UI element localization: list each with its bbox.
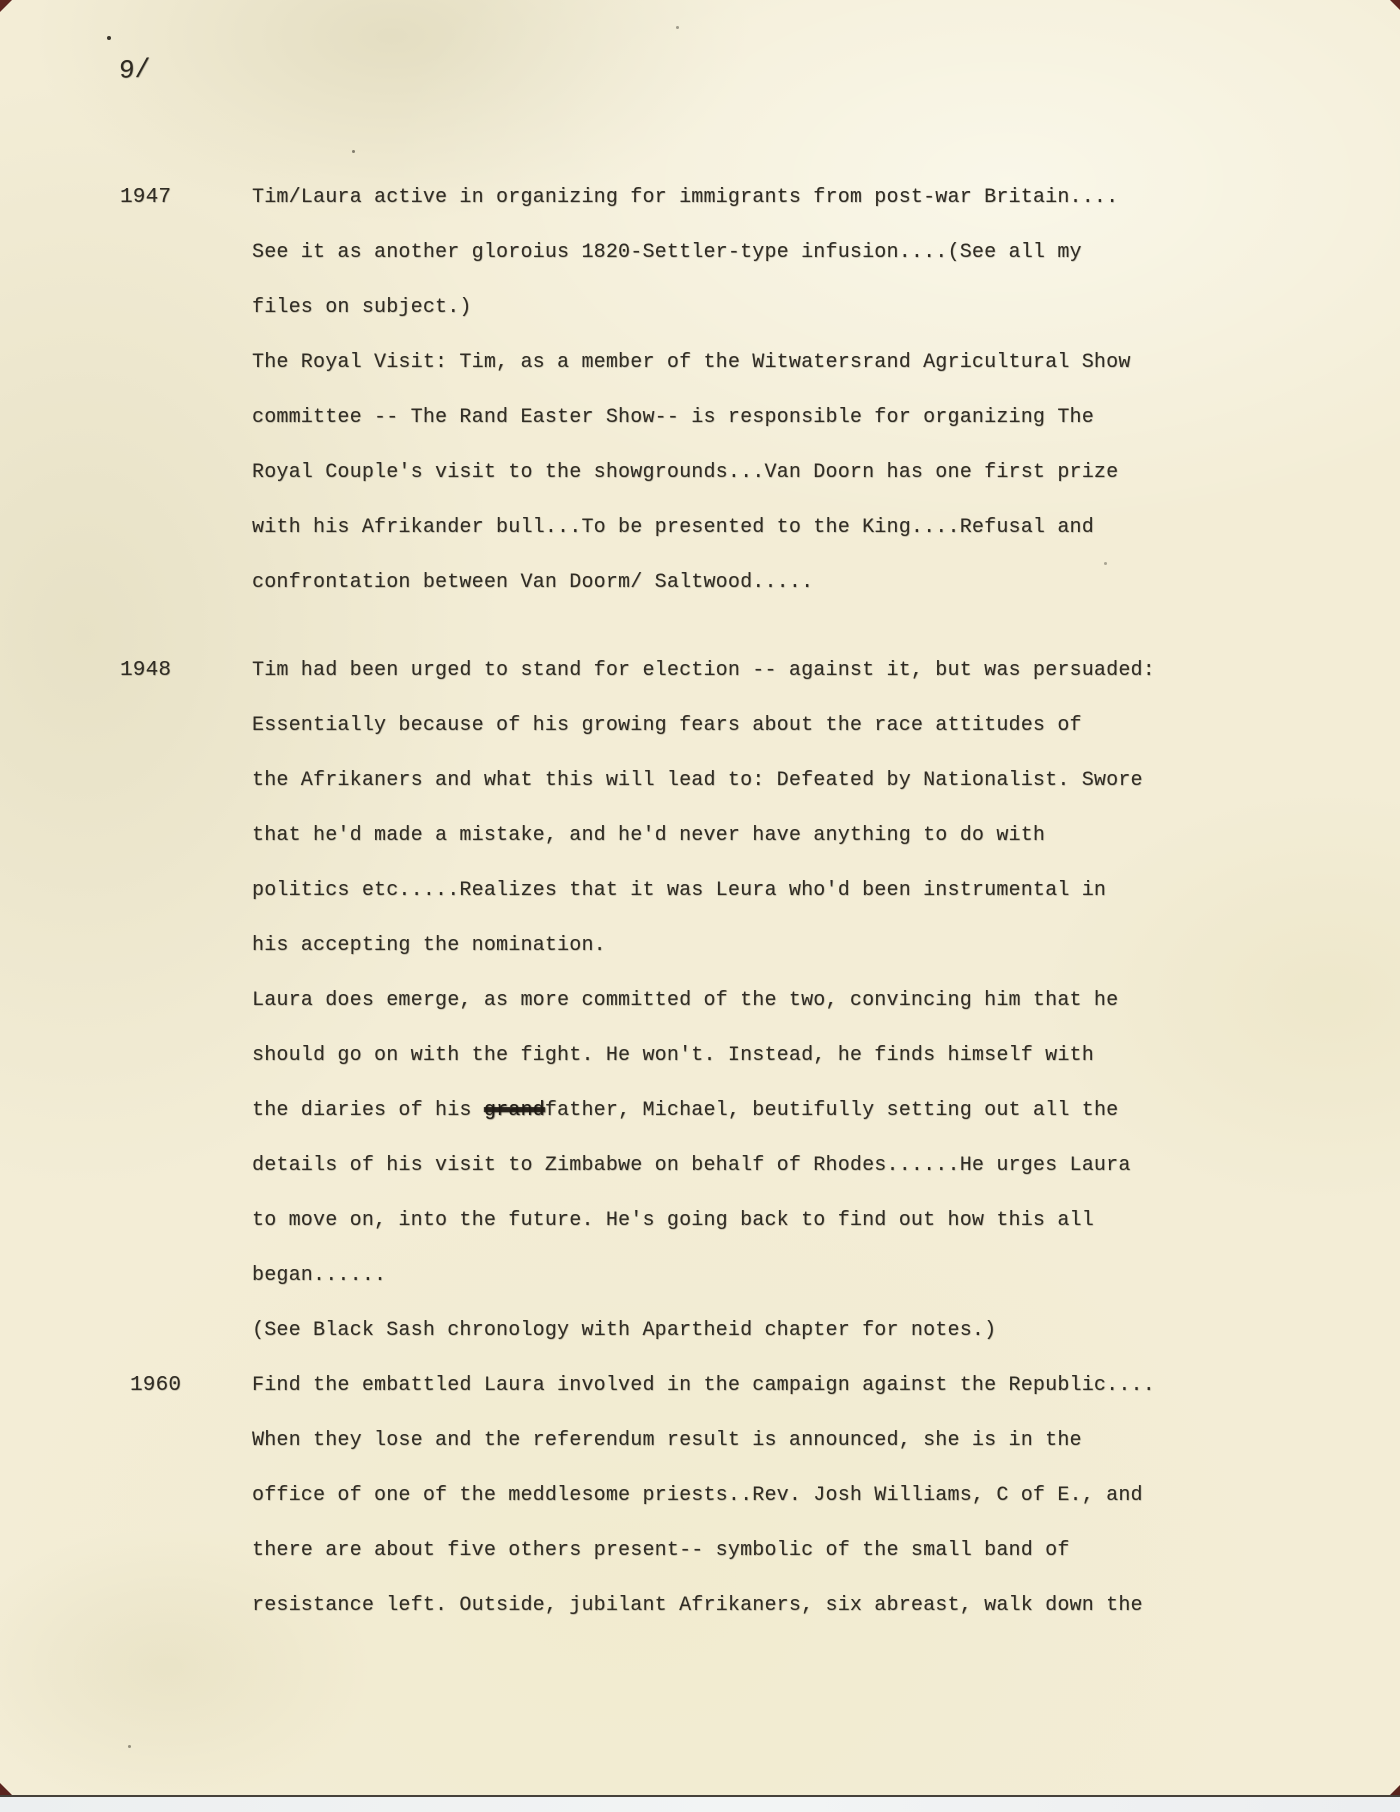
typed-line: confrontation between Van Doorm/ Saltwoo… xyxy=(120,555,1290,610)
typed-line: (See Black Sash chronology with Aparthei… xyxy=(120,1303,1290,1358)
scan-corner-artifact xyxy=(1390,0,1400,10)
typed-line: should go on with the fight. He won't. I… xyxy=(120,1028,1290,1083)
paper-speck xyxy=(676,26,679,29)
typed-line: the diaries of his grandfather, Michael,… xyxy=(120,1083,1290,1138)
typed-line: details of his visit to Zimbabwe on beha… xyxy=(120,1138,1290,1193)
typed-line: Essentially because of his growing fears… xyxy=(120,698,1290,753)
typed-line: committee -- The Rand Easter Show-- is r… xyxy=(120,390,1290,445)
typed-line: Royal Couple's visit to the showgrounds.… xyxy=(120,445,1290,500)
year-label: 1960 xyxy=(130,1358,181,1413)
typed-line: politics etc.....Realizes that it was Le… xyxy=(120,863,1290,918)
typed-text: father, Michael, beutifully setting out … xyxy=(545,1099,1119,1122)
paper-speck xyxy=(107,36,111,40)
paper-speck xyxy=(1104,562,1107,565)
paper-speck xyxy=(352,150,355,153)
typed-line: there are about five others present-- sy… xyxy=(120,1523,1290,1578)
typed-line: his accepting the nomination. xyxy=(120,918,1290,973)
typed-text: the diaries of his xyxy=(252,1099,484,1122)
typed-line: Tim/Laura active in organizing for immig… xyxy=(120,170,1290,225)
typed-line: files on subject.) xyxy=(120,280,1290,335)
typed-line: Laura does emerge, as more committed of … xyxy=(120,973,1290,1028)
typed-line: with his Afrikander bull...To be present… xyxy=(120,500,1290,555)
year-section: 1960Find the embattled Laura involved in… xyxy=(120,1358,1290,1633)
struck-text: grand xyxy=(484,1099,545,1122)
typed-line: began...... xyxy=(120,1248,1290,1303)
scanned-typescript-page: { "page": { "number": "9/" }, "document"… xyxy=(0,0,1400,1812)
sections: 1947Tim/Laura active in organizing for i… xyxy=(120,170,1290,1633)
scan-edge-strip xyxy=(0,1795,1400,1812)
typed-line: Find the embattled Laura involved in the… xyxy=(120,1358,1290,1413)
typed-line: The Royal Visit: Tim, as a member of the… xyxy=(120,335,1290,390)
page-number: 9/ xyxy=(119,54,151,86)
year-label: 1947 xyxy=(120,170,171,225)
scan-corner-artifact xyxy=(0,0,12,12)
typed-line: office of one of the meddlesome priests.… xyxy=(120,1468,1290,1523)
typed-line: When they lose and the referendum result… xyxy=(120,1413,1290,1468)
typed-line: resistance left. Outside, jubilant Afrik… xyxy=(120,1578,1290,1633)
typed-line: that he'd made a mistake, and he'd never… xyxy=(120,808,1290,863)
paper-speck xyxy=(128,1745,131,1748)
typed-line: the Afrikaners and what this will lead t… xyxy=(120,753,1290,808)
typed-line: to move on, into the future. He's going … xyxy=(120,1193,1290,1248)
year-section: 1948Tim had been urged to stand for elec… xyxy=(120,643,1290,1358)
typed-line: See it as another gloroius 1820-Settler-… xyxy=(120,225,1290,280)
typed-line: Tim had been urged to stand for election… xyxy=(120,643,1290,698)
year-label: 1948 xyxy=(120,643,171,698)
year-section: 1947Tim/Laura active in organizing for i… xyxy=(120,170,1290,610)
